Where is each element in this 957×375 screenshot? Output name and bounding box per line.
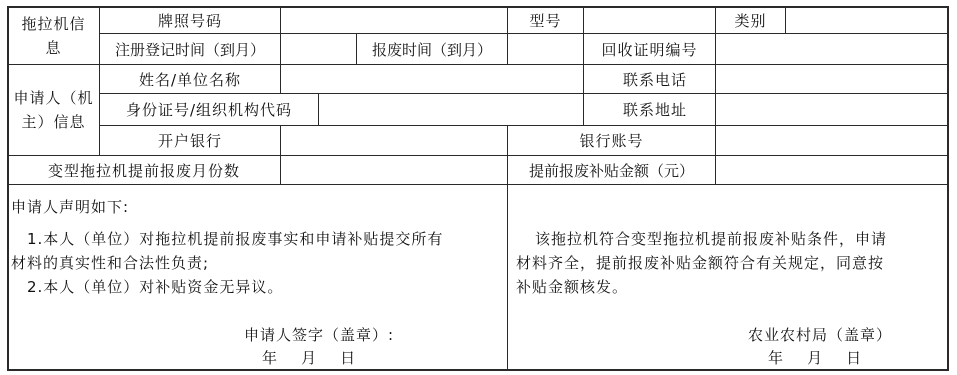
model-label: 型号 <box>507 6 584 34</box>
register-time-field[interactable] <box>280 33 357 65</box>
phone-field[interactable] <box>715 64 949 94</box>
approval-line-1: 该拖拉机符合变型拖拉机提前报废补贴条件，申请 <box>535 228 887 251</box>
address-field[interactable] <box>715 93 949 126</box>
account-label: 银行账号 <box>507 125 716 156</box>
scrap-time-field[interactable] <box>507 33 584 65</box>
declaration-item-1-line-2: 材料的真实性和合法性负责; <box>11 252 209 275</box>
scrap-months-label: 变型拖拉机提前报废月份数 <box>7 155 281 185</box>
bank-label: 开户银行 <box>99 125 281 156</box>
phone-label: 联系电话 <box>583 64 716 94</box>
declaration-title: 申请人声明如下: <box>11 196 129 219</box>
plate-number-field[interactable] <box>280 6 508 34</box>
tractor-info-section-label: 拖拉机信息 <box>7 6 100 65</box>
declaration-item-2: 2.本人（单位）对补贴资金无异议。 <box>27 276 283 299</box>
register-time-label: 注册登记时间（到月） <box>99 33 281 65</box>
model-field[interactable] <box>583 6 716 34</box>
applicant-signature-label: 申请人签字（盖章）: <box>244 324 394 347</box>
agriculture-bureau-stamp-label: 农业农村局（盖章） <box>748 324 892 347</box>
address-label: 联系地址 <box>583 93 716 126</box>
category-field[interactable] <box>785 6 949 34</box>
subsidy-amount-label: 提前报废补贴金额（元） <box>507 155 716 185</box>
scrap-time-label: 报废时间（到月） <box>356 33 508 65</box>
name-label: 姓名/单位名称 <box>99 64 281 94</box>
approval-line-2: 材料齐全，提前报废补贴金额符合有关规定，同意按 <box>516 252 884 275</box>
applicant-info-section-label: 申请人（机主）信息 <box>7 64 100 156</box>
bank-field[interactable] <box>280 125 508 156</box>
category-label: 类别 <box>715 6 786 34</box>
id-field[interactable] <box>318 93 584 126</box>
plate-number-label: 牌照号码 <box>99 6 281 34</box>
id-label: 身份证号/组织机构代码 <box>99 93 319 126</box>
subsidy-amount-field[interactable] <box>715 155 949 185</box>
applicant-date: 年 月 日 <box>262 347 356 370</box>
name-field[interactable] <box>280 64 584 94</box>
recycle-cert-label: 回收证明编号 <box>583 33 716 65</box>
scrap-months-field[interactable] <box>280 155 508 185</box>
approval-line-3: 补贴金额核发。 <box>516 276 628 299</box>
recycle-cert-field[interactable] <box>715 33 949 65</box>
approval-date: 年 月 日 <box>768 347 862 370</box>
account-field[interactable] <box>715 125 949 156</box>
declaration-item-1-line-1: 1.本人（单位）对拖拉机提前报废事实和申请补贴提交所有 <box>27 228 443 251</box>
